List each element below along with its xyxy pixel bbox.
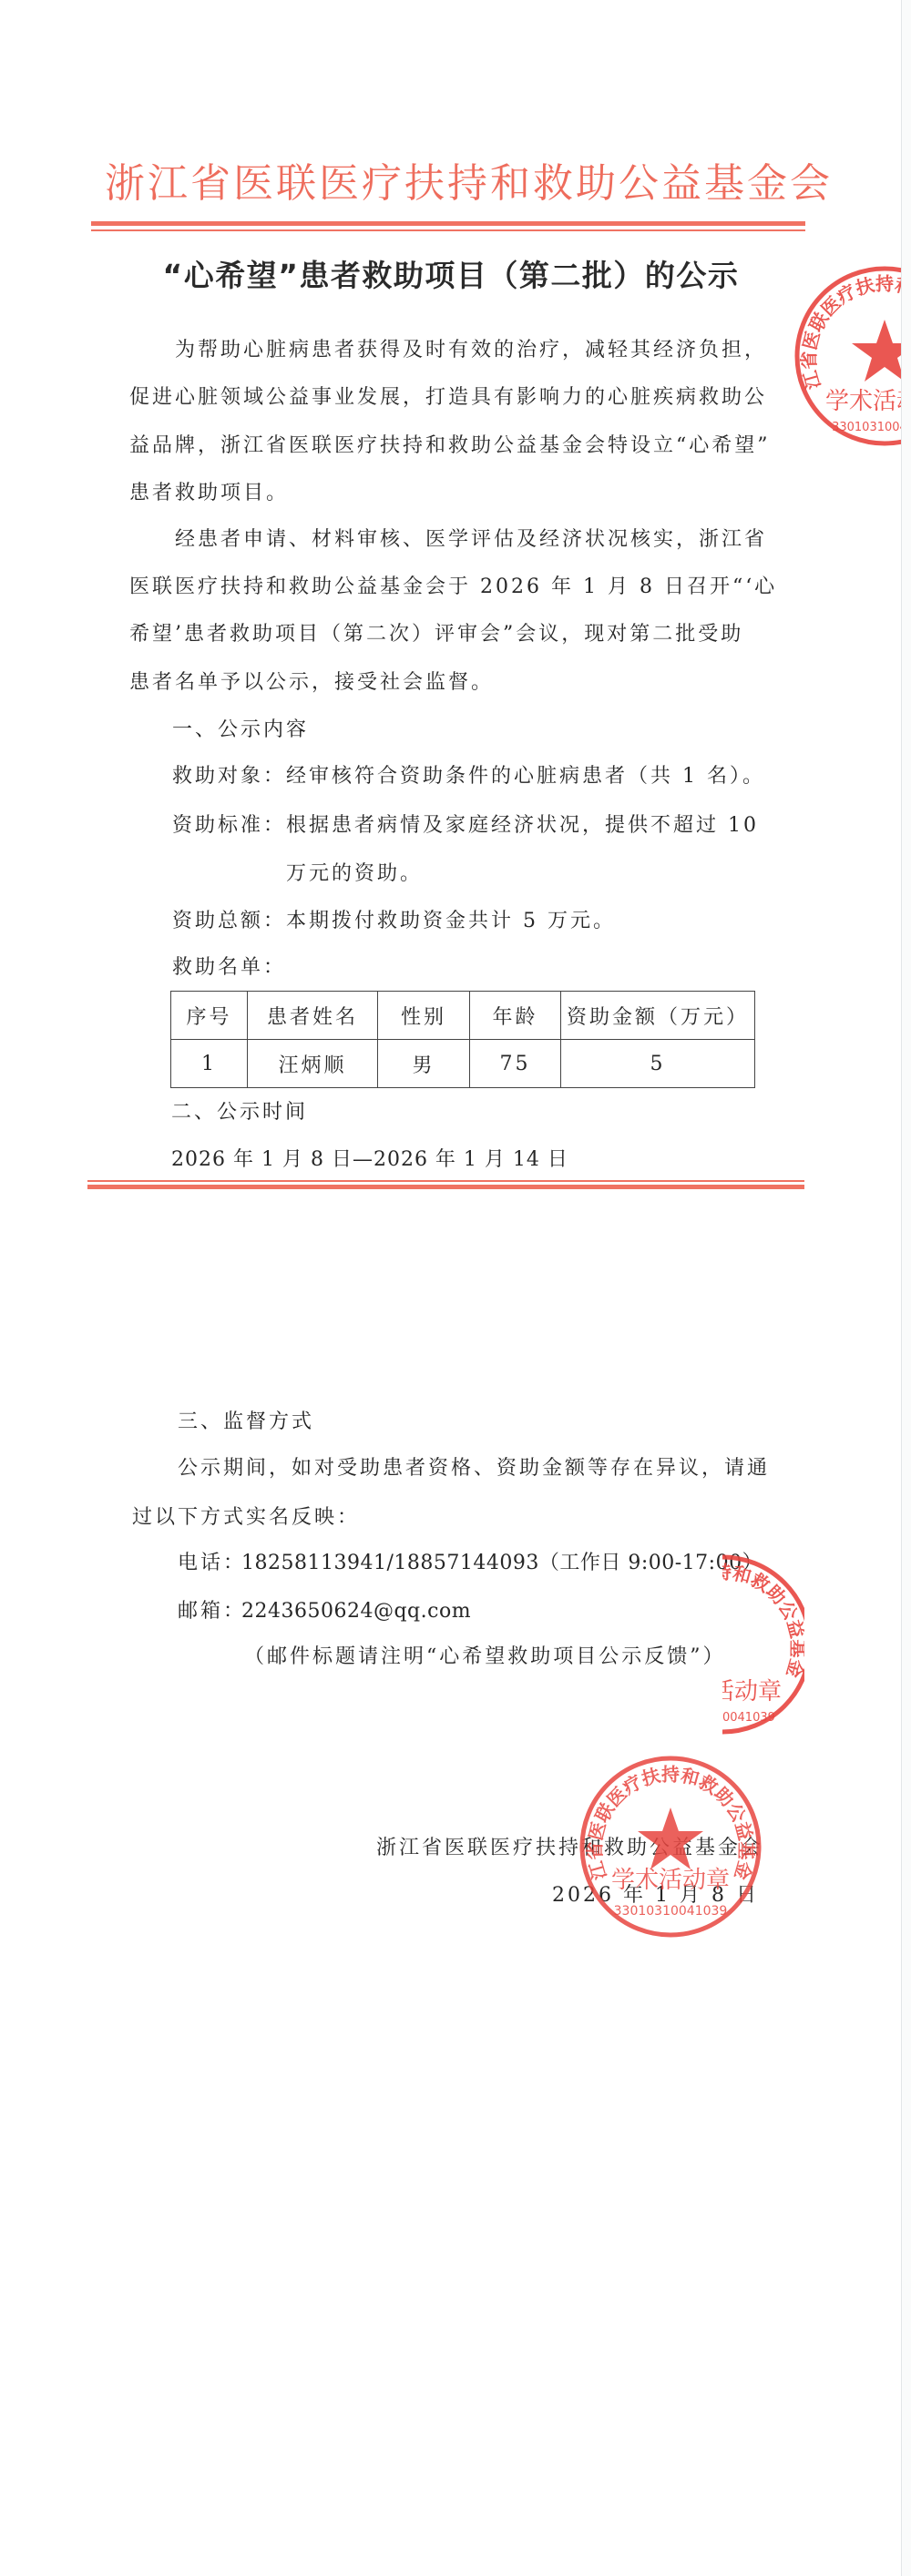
th-amount: 资助金额（万元） <box>561 992 755 1040</box>
intro-line: 为帮助心脏病患者获得及时有效的治疗，减轻其经济负担， <box>175 337 767 364</box>
seal-center-text: 学术活动章 <box>722 1678 782 1705</box>
recipient-table: 序号 患者姓名 性别 年龄 资助金额（万元） 1 汪炳顺 男 75 5 <box>170 991 755 1088</box>
review-line: 患者名单予以公示，接受社会监督。 <box>129 669 494 697</box>
seal-code: 33010310041039 <box>722 1711 775 1725</box>
svg-text:浙江省医联医疗扶持和救助公益基金会: 浙江省医联医疗扶持和救助公益基金会 <box>722 1553 804 1680</box>
phone-value: 18258113941/18857144093（工作日 9:00-17:00） <box>241 1550 763 1577</box>
review-line: 希望’患者救助项目（第二次）评审会”会议，现对第二批受助 <box>129 621 743 648</box>
cell-index: 1 <box>171 1040 248 1088</box>
seal-code: 33010310041039 <box>614 1904 728 1919</box>
org-title: 浙江省医联医疗扶持和救助公益基金会 <box>105 160 790 208</box>
notice-title: “心希望”患者救助项目（第二批）的公示 <box>137 259 765 293</box>
footer-rule-thick <box>87 1185 804 1189</box>
cell-gender: 男 <box>378 1040 470 1088</box>
footer-rule-thin <box>87 1180 804 1182</box>
official-seal-half: 浙江省医联医疗扶持和救助公益基金会 学术活动章 33010310041039 <box>722 1553 804 1736</box>
table-row: 1 汪炳顺 男 75 5 <box>171 1040 755 1088</box>
th-age: 年龄 <box>470 992 561 1040</box>
target-value: 经审核符合资助条件的心脏病患者（共 1 名）。 <box>286 763 765 790</box>
section-heading-supervision: 三、监督方式 <box>178 1409 314 1436</box>
star-icon <box>638 1807 703 1869</box>
th-index: 序号 <box>171 992 248 1040</box>
star-icon <box>852 320 901 382</box>
section-heading-period: 二、公示时间 <box>171 1099 308 1126</box>
standard-value: 根据患者病情及家庭经济状况，提供不超过 10 <box>286 812 759 840</box>
page-edge <box>901 0 911 2576</box>
standard-label: 资助标准： <box>172 812 286 840</box>
supervision-text: 公示期间，如对受助患者资格、资助金额等存在异议，请通 <box>178 1455 770 1482</box>
total-label: 资助总额： <box>172 908 286 935</box>
seal-center-text: 学术活动章 <box>825 388 901 415</box>
review-line: 经患者申请、材料审核、医学评估及经济状况核实，浙江省 <box>175 526 767 554</box>
official-seal-signature: 浙江省医联医疗扶持和救助公益基金会 学术活动章 33010310041039 <box>578 1755 763 1939</box>
phone-label: 电话： <box>178 1550 246 1577</box>
header-rule-thick <box>91 221 805 226</box>
section-heading-content: 一、公示内容 <box>172 717 309 744</box>
table-header-row: 序号 患者姓名 性别 年龄 资助金额（万元） <box>171 992 755 1040</box>
period-value: 2026 年 1 月 8 日—2026 年 1 月 14 日 <box>171 1146 568 1174</box>
target-label: 救助对象： <box>172 763 286 790</box>
email-label: 邮箱： <box>178 1598 246 1625</box>
th-gender: 性别 <box>378 992 470 1040</box>
th-name: 患者姓名 <box>248 992 378 1040</box>
seal-code: 33010310041039 <box>832 421 901 434</box>
seal-center-text: 学术活动章 <box>611 1867 730 1894</box>
intro-line: 患者救助项目。 <box>129 480 289 507</box>
total-value: 本期拨付救助资金共计 5 万元。 <box>286 908 616 935</box>
cell-name: 汪炳顺 <box>248 1040 378 1088</box>
official-seal-top: 浙江省医联医疗扶持和救助公益基金会 学术活动章 33010310041039 <box>792 263 901 449</box>
standard-value-cont: 万元的资助。 <box>286 860 423 888</box>
email-value: 2243650624@qq.com <box>241 1598 471 1625</box>
intro-line: 益品牌，浙江省医联医疗扶持和救助公益基金会特设立“心希望” <box>129 433 771 460</box>
email-note: （邮件标题请注明“心希望救助项目公示反馈”） <box>244 1644 726 1671</box>
supervision-text-cont: 过以下方式实名反映： <box>132 1504 360 1532</box>
header-rule-thin <box>91 229 805 231</box>
cell-amount: 5 <box>561 1040 755 1088</box>
list-label: 救助名单： <box>172 954 286 982</box>
cell-age: 75 <box>470 1040 561 1088</box>
review-line: 医联医疗扶持和救助公益基金会于 2026 年 1 月 8 日召开“‘心 <box>129 574 777 601</box>
intro-line: 促进心脏领域公益事业发展，打造具有影响力的心脏疾病救助公 <box>129 384 767 412</box>
seal-ring-text: 浙江省医联医疗扶持和救助公益基金会 <box>722 1553 804 1680</box>
